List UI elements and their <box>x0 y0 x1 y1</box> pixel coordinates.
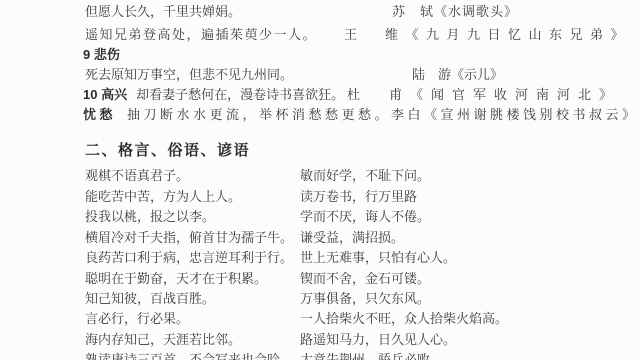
proverb-row: 横眉冷对千夫指，俯首甘为孺子牛。谦受益，满招损。 <box>85 230 404 246</box>
poem-text: 抽刀断水水更流，举杯消愁愁更愁。 <box>127 107 391 122</box>
emotion-heading-sad: 9 悲伤 <box>83 47 120 63</box>
proverb-left: 横眉冷对千夫指，俯首甘为孺子牛。 <box>85 230 300 246</box>
proverb-row: 观棋不语真君子。敏而好学，不耻下问。 <box>85 168 430 184</box>
poem-attribution: 陆 游《示儿》 <box>412 67 503 83</box>
proverb-row: 良药苦口利于病，忠言逆耳利于行。世上无难事，只怕有心人。 <box>85 250 456 266</box>
poem-attribution: 杜 甫《闻官军收河南河北》 <box>347 87 620 103</box>
proverb-row: 能吃苦中苦，方为人上人。读万卷书，行万里路 <box>85 189 417 205</box>
proverb-left: 知己知彼，百战百胜。 <box>85 291 300 307</box>
proverb-left: 投我以桃，报之以李。 <box>85 209 300 225</box>
proverb-row: 知己知彼，百战百胜。万事俱备，只欠东风。 <box>85 291 430 307</box>
proverb-right: 谦受益，满招损。 <box>300 230 404 245</box>
emotion-label-happy: 10 高兴 <box>83 87 127 102</box>
proverb-row: 海内存知己，天涯若比邻。路遥知马力，日久见人心。 <box>85 332 456 348</box>
poem-line: 但愿人长久，千里共婵娟。 苏 轼《水调歌头》 <box>85 4 241 20</box>
proverb-right: 世上无难事，只怕有心人。 <box>300 250 456 265</box>
proverb-right: 万事俱备，只欠东风。 <box>300 291 430 306</box>
poem-line: 死去原知万事空，但悲不见九州同。 陆 游《示儿》 <box>85 67 293 83</box>
poem-attribution: 王 维《九月九日忆山东兄弟》 <box>344 27 631 43</box>
proverb-row: 熟读唐诗三百首，不会写来也会吟。大意失荆州，骄兵必败。 <box>85 352 443 360</box>
poem-text: 但愿人长久，千里共婵娟。 <box>85 4 241 19</box>
proverb-left: 言必行，行必果。 <box>85 311 300 327</box>
proverb-right: 大意失荆州，骄兵必败。 <box>300 352 443 360</box>
proverb-row: 投我以桃，报之以李。学而不厌，诲人不倦。 <box>85 209 430 225</box>
proverb-left: 良药苦口利于病，忠言逆耳利于行。 <box>85 250 300 266</box>
document-page: 但愿人长久，千里共婵娟。 苏 轼《水调歌头》 遥知兄弟登高处，遍插茱萸少一人。 … <box>0 0 640 360</box>
proverb-left: 聪明在于勤奋，天才在于积累。 <box>85 271 300 287</box>
poem-attribution: 李白《宣州谢朓楼饯别校书叔云》 <box>391 107 639 122</box>
poem-text: 却看妻子愁何在，漫卷诗书喜欲狂。 <box>136 87 344 102</box>
poem-line: 忧愁抽刀断水水更流，举杯消愁愁更愁。李白《宣州谢朓楼饯别校书叔云》 <box>83 107 639 123</box>
poem-line: 10 高兴却看妻子愁何在，漫卷诗书喜欲狂。 杜 甫《闻官军收河南河北》 <box>83 87 344 103</box>
poem-text: 死去原知万事空，但悲不见九州同。 <box>85 67 293 82</box>
poem-attribution: 苏 轼《水调歌头》 <box>392 4 518 20</box>
section-heading-proverbs: 二、格言、俗语、谚语 <box>85 143 250 159</box>
proverb-row: 聪明在于勤奋，天才在于积累。锲而不舍，金石可镂。 <box>85 271 430 287</box>
poem-text: 遥知兄弟登高处，遍插茱萸少一人。 <box>85 27 317 42</box>
proverb-left: 能吃苦中苦，方为人上人。 <box>85 189 300 205</box>
poem-line: 遥知兄弟登高处，遍插茱萸少一人。 王 维《九月九日忆山东兄弟》 <box>85 27 317 43</box>
proverb-right: 敏而好学，不耻下问。 <box>300 168 430 183</box>
emotion-label-worried: 忧愁 <box>83 107 116 122</box>
proverb-left: 观棋不语真君子。 <box>85 168 300 184</box>
proverb-right: 锲而不舍，金石可镂。 <box>300 271 430 286</box>
proverb-right: 学而不厌，诲人不倦。 <box>300 209 430 224</box>
proverb-right: 一人拾柴火不旺，众人拾柴火焰高。 <box>300 311 508 326</box>
proverb-left: 海内存知己，天涯若比邻。 <box>85 332 300 348</box>
proverb-right: 路遥知马力，日久见人心。 <box>300 332 456 347</box>
proverb-row: 言必行，行必果。一人拾柴火不旺，众人拾柴火焰高。 <box>85 311 508 327</box>
proverb-left: 熟读唐诗三百首，不会写来也会吟。 <box>85 352 300 360</box>
proverb-right: 读万卷书，行万里路 <box>300 189 417 204</box>
